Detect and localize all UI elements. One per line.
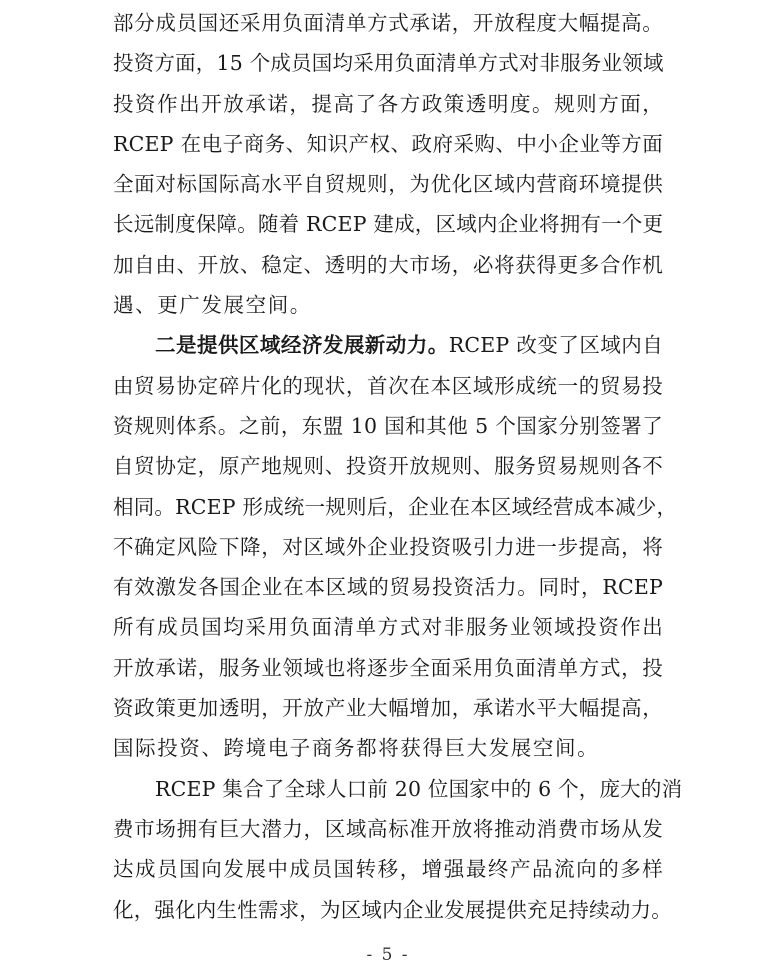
- text-line: 所有成员国均采用负面清单方式对非服务业领域投资作出: [113, 607, 663, 647]
- text-line: RCEP 集合了全球人口前 20 位国家中的 6 个，庞大的消: [113, 769, 663, 809]
- text-line: 投资作出开放承诺，提高了各方政策透明度。规则方面，: [113, 84, 663, 124]
- paragraph-1: 部分成员国还采用负面清单方式承诺，开放程度大幅提高。 投资方面，15 个成员国均…: [113, 3, 663, 325]
- text-line: 国际投资、跨境电子商务都将获得巨大发展空间。: [113, 728, 663, 768]
- text-line: 遇、更广发展空间。: [113, 285, 663, 325]
- text-line: 达成员国向发展中成员国转移，增强最终产品流向的多样: [113, 849, 663, 889]
- text-line: 投资方面，15 个成员国均采用负面清单方式对非服务业领域: [113, 43, 663, 83]
- text-line: 不确定风险下降，对区域外企业投资吸引力进一步提高，将: [113, 527, 663, 567]
- text-line: 部分成员国还采用负面清单方式承诺，开放程度大幅提高。: [113, 3, 663, 43]
- document-page: 部分成员国还采用负面清单方式承诺，开放程度大幅提高。 投资方面，15 个成员国均…: [0, 0, 776, 970]
- page-number: - 5 -: [0, 945, 776, 965]
- body-text: 部分成员国还采用负面清单方式承诺，开放程度大幅提高。 投资方面，15 个成员国均…: [113, 3, 663, 930]
- heading-line-rest: RCEP 改变了区域内自: [449, 333, 663, 357]
- text-line: 加自由、开放、稳定、透明的大市场，必将获得更多合作机: [113, 245, 663, 285]
- text-line: 化，强化内生性需求，为区域内企业发展提供充足持续动力。: [113, 890, 663, 930]
- text-line: 资规则体系。之前，东盟 10 国和其他 5 个国家分别签署了: [113, 406, 663, 446]
- text-line: 开放承诺，服务业领域也将逐步全面采用负面清单方式，投: [113, 648, 663, 688]
- text-line: 有效激发各国企业在本区域的贸易投资活力。同时，RCEP: [113, 567, 663, 607]
- text-line: RCEP 在电子商务、知识产权、政府采购、中小企业等方面: [113, 124, 663, 164]
- paragraph-3: RCEP 集合了全球人口前 20 位国家中的 6 个，庞大的消 费市场拥有巨大潜…: [113, 769, 663, 930]
- paragraph-2: 二是提供区域经济发展新动力。RCEP 改变了区域内自 由贸易协定碎片化的现状，首…: [113, 325, 663, 768]
- text-line: 相同。RCEP 形成统一规则后，企业在本区域经营成本减少，: [113, 487, 663, 527]
- text-line: 资政策更加透明，开放产业大幅增加，承诺水平大幅提高，: [113, 688, 663, 728]
- text-line: 长远制度保障。随着 RCEP 建成，区域内企业将拥有一个更: [113, 204, 663, 244]
- text-line: 由贸易协定碎片化的现状，首次在本区域形成统一的贸易投: [113, 366, 663, 406]
- text-line: 全面对标国际高水平自贸规则，为优化区域内营商环境提供: [113, 164, 663, 204]
- text-line: 费市场拥有巨大潜力，区域高标准开放将推动消费市场从发: [113, 809, 663, 849]
- section-heading: 二是提供区域经济发展新动力。: [155, 333, 449, 357]
- text-line: 二是提供区域经济发展新动力。RCEP 改变了区域内自: [113, 325, 663, 365]
- text-line: 自贸协定，原产地规则、投资开放规则、服务贸易规则各不: [113, 446, 663, 486]
